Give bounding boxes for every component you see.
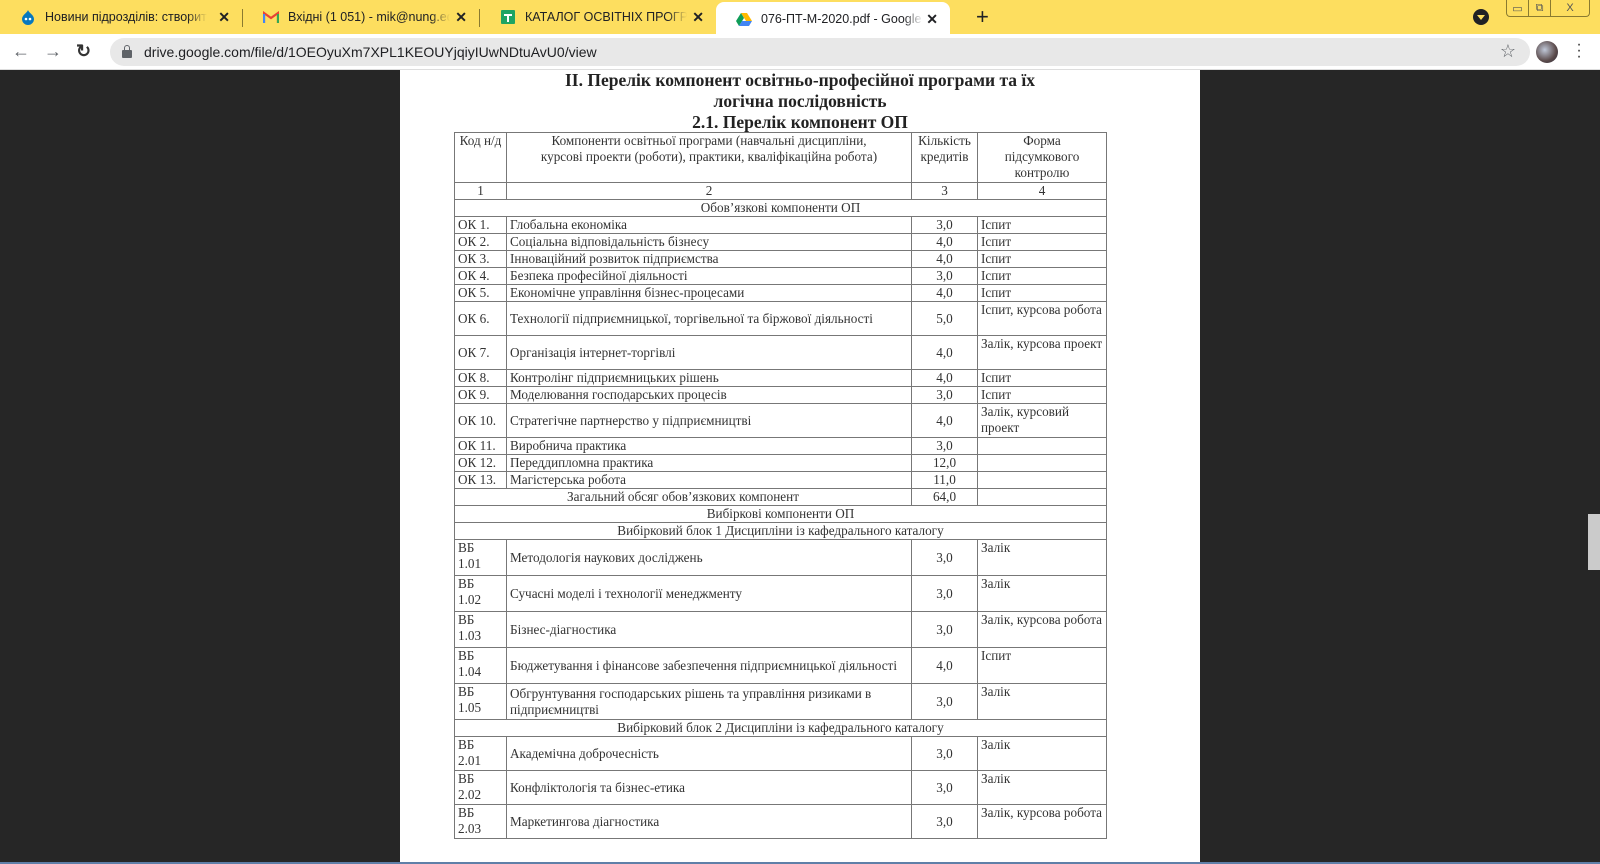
component-name: Бюджетування і фінансове забезпечення пі…: [507, 648, 912, 684]
component-control: Залік, курсова робота: [978, 612, 1107, 648]
component-name: Економічне управління бізнес-процесами: [507, 285, 912, 302]
gmail-icon: [263, 9, 279, 25]
block-title: Вибірковий блок 1 Дисципліни із кафедрал…: [455, 523, 1107, 540]
component-credits: 3,0: [912, 387, 978, 404]
table-row: ВБ 1.05Обгрунтування господарських рішен…: [455, 684, 1107, 720]
column-number: 1: [455, 183, 507, 200]
component-code: ОК 5.: [455, 285, 507, 302]
component-code: ОК 12.: [455, 455, 507, 472]
component-control: Іспит: [978, 285, 1107, 302]
component-control: Іспит: [978, 268, 1107, 285]
component-credits: 3,0: [912, 684, 978, 720]
table-row: ВБ 1.04Бюджетування і фінансове забезпеч…: [455, 648, 1107, 684]
component-name: Методологія наукових досліджень: [507, 540, 912, 576]
tab-sheets[interactable]: КАТАЛОГ ОСВІТНІХ ПРОГРАМ.xlsx ✕: [480, 0, 716, 34]
column-number: 2: [507, 183, 912, 200]
close-tab-icon[interactable]: ✕: [926, 11, 938, 27]
subsection-heading: 2.1. Перелік компонент ОП: [400, 112, 1200, 133]
table-row: ОК 4.Безпека професійної діяльності3,0Іс…: [455, 268, 1107, 285]
new-tab-button[interactable]: +: [976, 4, 989, 30]
component-name: Академічна доброчесність: [507, 737, 912, 771]
close-tab-icon[interactable]: ✕: [455, 9, 467, 25]
component-credits: 4,0: [912, 404, 978, 438]
component-name: Організація інтернет-торгівлі: [507, 336, 912, 370]
table-row: ОК 2.Соціальна відповідальність бізнесу4…: [455, 234, 1107, 251]
tab-title: 076-ПТ-М-2020.pdf - Google Диск: [761, 12, 923, 26]
table-row: ВБ 1.02Сучасні моделі і технології менед…: [455, 576, 1107, 612]
component-code: ВБ 1.01: [455, 540, 507, 576]
component-control: Іспит: [978, 234, 1107, 251]
table-row: ОК 8.Контролінг підприємницьких рішень4,…: [455, 370, 1107, 387]
component-name: Соціальна відповідальність бізнесу: [507, 234, 912, 251]
url-text[interactable]: drive.google.com/file/d/1OEOyuXm7XPL1KEO…: [144, 44, 597, 60]
close-window-button[interactable]: X: [1551, 0, 1589, 16]
component-control: Залік: [978, 684, 1107, 720]
component-control: Залік, курсова проект: [978, 336, 1107, 370]
section-row: Вибірковий блок 2 Дисципліни із кафедрал…: [455, 720, 1107, 737]
browser-toolbar: ← → ↻ drive.google.com/file/d/1OEOyuXm7X…: [0, 34, 1600, 70]
component-code: ВБ 2.01: [455, 737, 507, 771]
table-row: ВБ 1.01Методологія наукових досліджень3,…: [455, 540, 1107, 576]
component-code: ОК 11.: [455, 438, 507, 455]
bookmark-star-icon[interactable]: ☆: [1500, 41, 1516, 62]
component-credits: 4,0: [912, 251, 978, 268]
back-arrow-icon[interactable]: ←: [12, 41, 30, 62]
component-name: Безпека професійної діяльності: [507, 268, 912, 285]
address-bar[interactable]: drive.google.com/file/d/1OEOyuXm7XPL1KEO…: [110, 38, 1530, 66]
section-title: Обов’язкові компоненти ОП: [455, 200, 1107, 217]
component-name: Технології підприємницької, торгівельної…: [507, 302, 912, 336]
component-credits: 3,0: [912, 737, 978, 771]
google-drive-icon: [736, 11, 752, 27]
component-credits: 3,0: [912, 217, 978, 234]
component-code: ОК 6.: [455, 302, 507, 336]
component-code: ОК 4.: [455, 268, 507, 285]
section-title: Вибіркові компоненти ОП: [455, 506, 1107, 523]
table-row: ОК 9.Моделювання господарських процесів3…: [455, 387, 1107, 404]
column-number: 3: [912, 183, 978, 200]
table-row: ОК 5.Економічне управління бізнес-процес…: [455, 285, 1107, 302]
component-name: Контролінг підприємницьких рішень: [507, 370, 912, 387]
section-row: Вибірковий блок 1 Дисципліни із кафедрал…: [455, 523, 1107, 540]
component-name: Бізнес-діагностика: [507, 612, 912, 648]
column-number-row: 1 2 3 4: [455, 183, 1107, 200]
component-name: Переддипломна практика: [507, 455, 912, 472]
component-control: [978, 472, 1107, 489]
window-controls: ▭ ⧉ X: [1506, 0, 1590, 17]
table-row: ОК 1.Глобальна економіка3,0Іспит: [455, 217, 1107, 234]
component-code: ВБ 1.04: [455, 648, 507, 684]
total-credits: 64,0: [912, 489, 978, 506]
components-table: Код н/д Компоненти освітньої програми (н…: [454, 132, 1107, 839]
section-row: Обов’язкові компоненти ОП: [455, 200, 1107, 217]
component-credits: 4,0: [912, 234, 978, 251]
column-header: Форма підсумкового контролю: [978, 133, 1107, 183]
component-code: ОК 8.: [455, 370, 507, 387]
component-credits: 3,0: [912, 771, 978, 805]
component-control: [978, 438, 1107, 455]
component-name: Обгрунтування господарських рішень та уп…: [507, 684, 912, 720]
tab-strip: Новини підрозділів: створити | Н ✕ Вхідн…: [0, 0, 1600, 34]
component-control: Іспит: [978, 648, 1107, 684]
tab-drupal[interactable]: Новини підрозділів: створити | Н ✕: [0, 0, 242, 34]
component-name: Інноваційний розвиток підприємства: [507, 251, 912, 268]
total-label: Загальний обсяг обов’язкових компонент: [455, 489, 912, 506]
component-credits: 12,0: [912, 455, 978, 472]
component-control: Залік, курсовий проект: [978, 404, 1107, 438]
component-code: ОК 9.: [455, 387, 507, 404]
component-code: ВБ 1.05: [455, 684, 507, 720]
component-control: Залік, курсова робота: [978, 805, 1107, 839]
drupal-icon: [20, 9, 36, 25]
component-code: ВБ 2.02: [455, 771, 507, 805]
component-control: [978, 455, 1107, 472]
table-row: ОК 13.Магістерська робота11,0: [455, 472, 1107, 489]
component-control: Залік: [978, 576, 1107, 612]
component-name: Маркетингова діагностика: [507, 805, 912, 839]
component-control: Іспит: [978, 217, 1107, 234]
section-heading: ІІ. Перелік компонент освітньо-професійн…: [400, 70, 1200, 112]
component-name: Стратегічне партнерство у підприємництві: [507, 404, 912, 438]
component-credits: 3,0: [912, 612, 978, 648]
component-credits: 4,0: [912, 336, 978, 370]
column-number: 4: [978, 183, 1107, 200]
component-code: ОК 13.: [455, 472, 507, 489]
block-title: Вибірковий блок 2 Дисципліни із кафедрал…: [455, 720, 1107, 737]
table-row: ВБ 2.01Академічна доброчесність3,0Залік: [455, 737, 1107, 771]
tab-google-drive-active[interactable]: 076-ПТ-М-2020.pdf - Google Диск ✕: [716, 2, 950, 36]
column-header: Код н/д: [455, 133, 507, 183]
component-control: Іспит: [978, 387, 1107, 404]
component-name: Конфліктологія та бізнес-етика: [507, 771, 912, 805]
forward-arrow-icon[interactable]: →: [44, 41, 62, 62]
more-menu-icon[interactable]: ···: [1576, 42, 1582, 60]
tab-title: КАТАЛОГ ОСВІТНІХ ПРОГРАМ.xlsx: [525, 10, 687, 24]
close-tab-icon[interactable]: ✕: [692, 9, 704, 25]
component-credits: 3,0: [912, 268, 978, 285]
table-row: ОК 3.Інноваційний розвиток підприємства4…: [455, 251, 1107, 268]
column-header: Кількість кредитів: [912, 133, 978, 183]
component-name: Сучасні моделі і технології менеджменту: [507, 576, 912, 612]
component-credits: 4,0: [912, 285, 978, 302]
component-credits: 5,0: [912, 302, 978, 336]
tab-title: Новини підрозділів: створити | Н: [45, 10, 207, 24]
component-credits: 4,0: [912, 648, 978, 684]
minimize-button[interactable]: ▭: [1507, 0, 1529, 16]
component-control: Залік: [978, 737, 1107, 771]
component-name: Глобальна економіка: [507, 217, 912, 234]
total-control: [978, 489, 1107, 506]
table-row: ОК 6.Технології підприємницької, торгіве…: [455, 302, 1107, 336]
component-code: ОК 1.: [455, 217, 507, 234]
table-row: ОК 11.Виробнича практика3,0: [455, 438, 1107, 455]
reload-icon[interactable]: ↻: [76, 41, 91, 62]
component-code: ВБ 1.03: [455, 612, 507, 648]
total-row: Загальний обсяг обов’язкових компонент64…: [455, 489, 1107, 506]
component-control: Залік: [978, 771, 1107, 805]
component-credits: 4,0: [912, 370, 978, 387]
component-credits: 3,0: [912, 576, 978, 612]
component-code: ОК 3.: [455, 251, 507, 268]
component-control: Іспит: [978, 370, 1107, 387]
tab-gmail[interactable]: Вхідні (1 051) - mik@nung.edu.ua ✕: [243, 0, 479, 34]
lock-icon: [122, 50, 132, 58]
component-credits: 3,0: [912, 540, 978, 576]
component-control: Іспит, курсова робота: [978, 302, 1107, 336]
component-name: Виробнича практика: [507, 438, 912, 455]
table-row: ОК 10.Стратегічне партнерство у підприєм…: [455, 404, 1107, 438]
component-code: ВБ 2.03: [455, 805, 507, 839]
profile-avatar[interactable]: [1536, 41, 1558, 63]
table-row: ВБ 2.02Конфліктологія та бізнес-етика3,0…: [455, 771, 1107, 805]
component-code: ОК 7.: [455, 336, 507, 370]
component-code: ОК 2.: [455, 234, 507, 251]
column-header: Компоненти освітньої програми (навчальні…: [507, 133, 912, 183]
sheets-icon: [500, 9, 516, 25]
scrollbar-thumb[interactable]: [1588, 514, 1600, 570]
component-control: Іспит: [978, 251, 1107, 268]
component-control: Залік: [978, 540, 1107, 576]
component-code: ВБ 1.02: [455, 576, 507, 612]
restore-button[interactable]: ⧉: [1529, 0, 1551, 16]
section-row: Вибіркові компоненти ОП: [455, 506, 1107, 523]
table-row: ВБ 2.03Маркетингова діагностика3,0Залік,…: [455, 805, 1107, 839]
component-name: Магістерська робота: [507, 472, 912, 489]
table-row: ВБ 1.03Бізнес-діагностика3,0Залік, курсо…: [455, 612, 1107, 648]
table-header-row: Код н/д Компоненти освітньої програми (н…: [455, 133, 1107, 183]
tab-search-icon[interactable]: [1473, 9, 1489, 25]
tab-title: Вхідні (1 051) - mik@nung.edu.ua: [288, 10, 450, 24]
component-code: ОК 10.: [455, 404, 507, 438]
pdf-viewer: ІІ. Перелік компонент освітньо-професійн…: [0, 70, 1600, 862]
table-row: ОК 12.Переддипломна практика12,0: [455, 455, 1107, 472]
component-name: Моделювання господарських процесів: [507, 387, 912, 404]
pdf-page: ІІ. Перелік компонент освітньо-професійн…: [400, 70, 1200, 862]
component-credits: 3,0: [912, 438, 978, 455]
component-credits: 3,0: [912, 805, 978, 839]
close-tab-icon[interactable]: ✕: [218, 9, 230, 25]
component-credits: 11,0: [912, 472, 978, 489]
table-row: ОК 7.Організація інтернет-торгівлі4,0Зал…: [455, 336, 1107, 370]
